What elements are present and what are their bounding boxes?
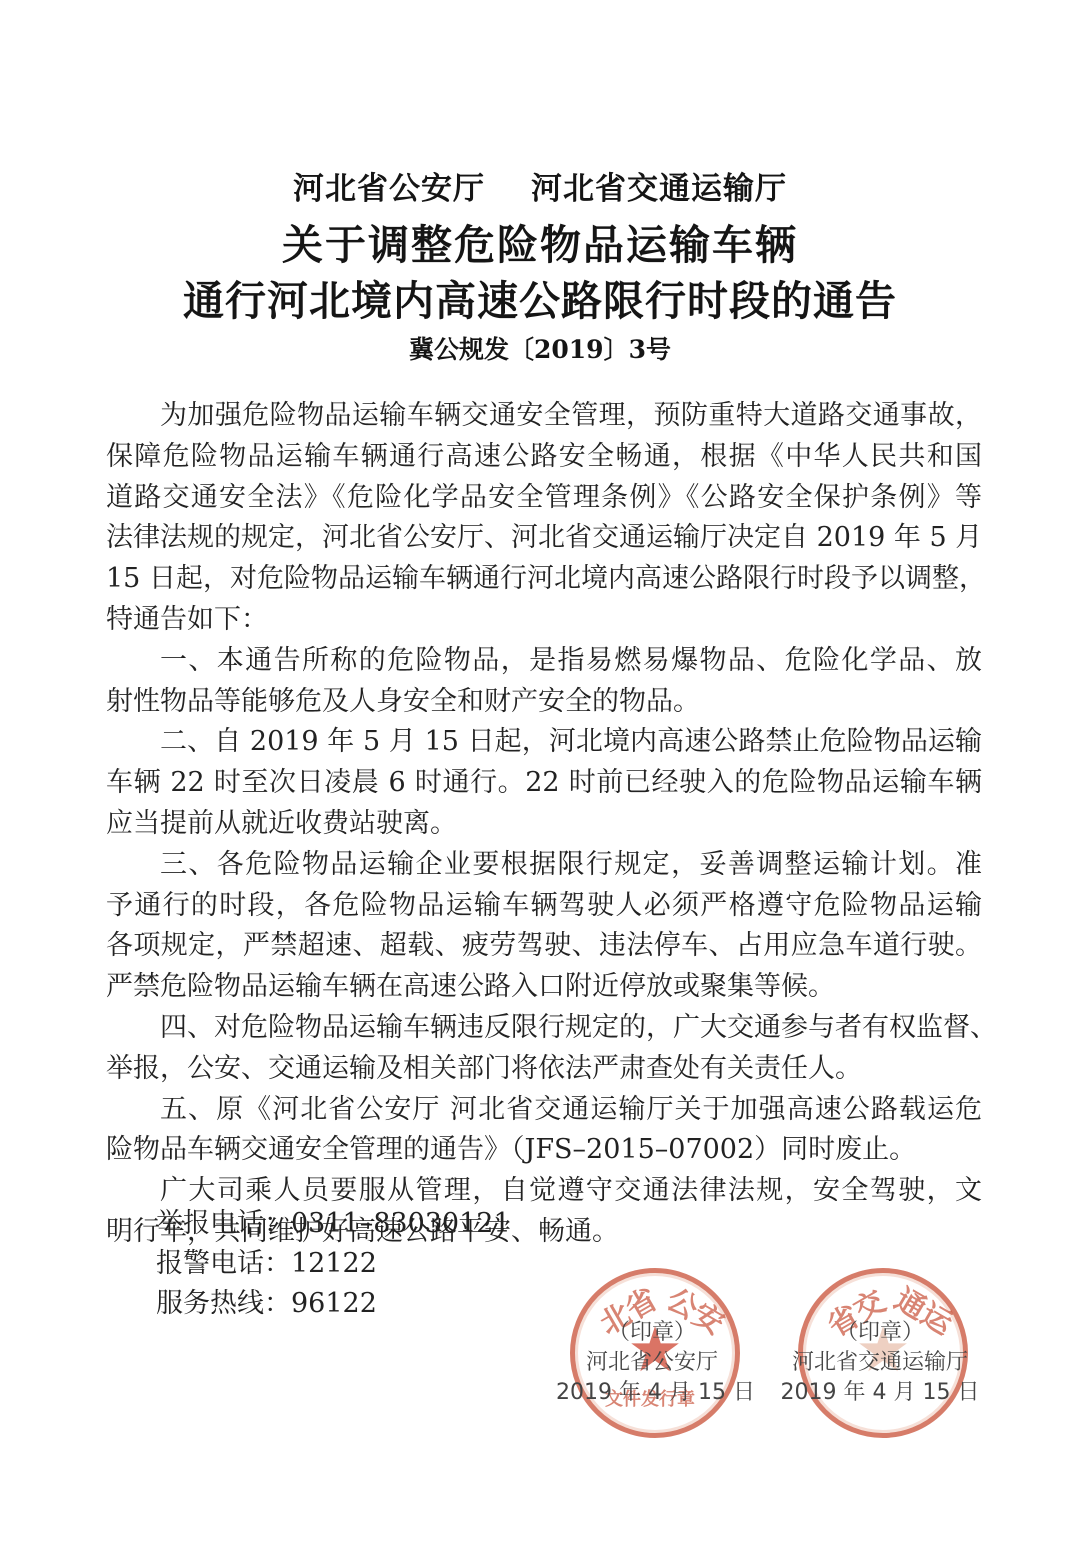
stamp-organization: 河北省公安厅: [556, 1348, 748, 1378]
text-line: 各项规定，严禁超速、超载、疲劳驾驶、违法停车、占用应急车道行驶。: [106, 926, 982, 967]
contact-value: 96122: [291, 1288, 377, 1319]
document-title-line-1: 关于调整危险物品运输车辆: [0, 212, 1080, 271]
stamp-placeholder: （印章）: [556, 1318, 748, 1348]
stamp-caption-public-security: （印章） 河北省公安厅 2019 年 4 月 15 日: [556, 1318, 748, 1408]
text-line: 法律法规的规定，河北省公安厅、河北省交通运输厅决定自 2019 年 5 月: [106, 518, 982, 559]
paragraph-item-4: 四、对危险物品运输车辆违反限行规定的，广大交通参与者有权监督、 举报，公安、交通…: [106, 1008, 982, 1090]
contact-value: 12122: [291, 1248, 377, 1279]
contact-report-phone: 举报电话：0311–83030121: [156, 1204, 511, 1244]
document-title-line-2: 通行河北境内高速公路限行时段的通告: [0, 268, 1080, 327]
paragraph-item-3: 三、各危险物品运输企业要根据限行规定，妥善调整运输计划。准 予通行的时段，各危险…: [106, 845, 982, 1008]
text-line: 四、对危险物品运输车辆违反限行规定的，广大交通参与者有权监督、: [106, 1008, 982, 1049]
text-line: 予通行的时段，各危险物品运输车辆驾驶人必须严格遵守危险物品运输: [106, 886, 982, 927]
text-line: 为加强危险物品运输车辆交通安全管理，预防重特大道路交通事故，: [106, 396, 982, 437]
paragraph-item-5: 五、原《河北省公安厅 河北省交通运输厅关于加强高速公路载运危 险物品车辆交通安全…: [106, 1090, 982, 1172]
paragraph-item-1: 一、本通告所称的危险物品，是指易燃易爆物品、危险化学品、放 射性物品等能够危及人…: [106, 641, 982, 723]
stamp-placeholder: （印章）: [780, 1318, 980, 1348]
contact-value: 0311–83030121: [291, 1208, 511, 1239]
text-line: 射性物品等能够危及人身安全和财产安全的物品。: [106, 682, 982, 723]
contact-service-hotline: 服务热线：96122: [156, 1284, 377, 1324]
text-line: 一、本通告所称的危险物品，是指易燃易爆物品、危险化学品、放: [106, 641, 982, 682]
text-line: 车辆 22 时至次日凌晨 6 时通行。22 时前已经驶入的危险物品运输车辆: [106, 763, 982, 804]
paragraph-intro: 为加强危险物品运输车辆交通安全管理，预防重特大道路交通事故， 保障危险物品运输车…: [106, 396, 982, 641]
paragraph-item-2: 二、自 2019 年 5 月 15 日起，河北境内高速公路禁止危险物品运输 车辆…: [106, 722, 982, 844]
text-line: 二、自 2019 年 5 月 15 日起，河北境内高速公路禁止危险物品运输: [106, 722, 982, 763]
text-line: 举报，公安、交通运输及相关部门将依法严肃查处有关责任人。: [106, 1049, 982, 1090]
issuer-public-security: 河北省公安厅: [293, 171, 485, 207]
text-line: 道路交通安全法》《危险化学品安全管理条例》《公路安全保护条例》等: [106, 478, 982, 519]
contact-label: 举报电话：: [156, 1208, 291, 1239]
text-line: 特通告如下：: [106, 600, 982, 641]
stamp-date: 2019 年 4 月 15 日: [556, 1378, 748, 1408]
text-line: 严禁危险物品运输车辆在高速公路入口附近停放或聚集等候。: [106, 967, 982, 1008]
contact-label: 服务热线：: [156, 1288, 291, 1319]
stamp-date: 2019 年 4 月 15 日: [780, 1378, 980, 1408]
stamp-caption-transport: （印章） 河北省交通运输厅 2019 年 4 月 15 日: [780, 1318, 980, 1408]
contact-police-phone: 报警电话：12122: [156, 1244, 377, 1284]
issuer-transport: 河北省交通运输厅: [531, 171, 787, 207]
text-line: 保障危险物品运输车辆通行高速公路安全畅通，根据《中华人民共和国: [106, 437, 982, 478]
document-body: 为加强危险物品运输车辆交通安全管理，预防重特大道路交通事故， 保障危险物品运输车…: [106, 396, 982, 1253]
text-line: 应当提前从就近收费站驶离。: [106, 804, 982, 845]
text-line: 三、各危险物品运输企业要根据限行规定，妥善调整运输计划。准: [106, 845, 982, 886]
text-line: 五、原《河北省公安厅 河北省交通运输厅关于加强高速公路载运危: [106, 1090, 982, 1131]
stamp-organization: 河北省交通运输厅: [780, 1348, 980, 1378]
document-number: 冀公规发〔2019〕3号: [0, 330, 1080, 366]
issuing-organizations: 河北省公安厅河北省交通运输厅: [0, 163, 1080, 208]
contact-label: 报警电话：: [156, 1248, 291, 1279]
text-line: 险物品车辆交通安全管理的通告》（JFS–2015–07002）同时废止。: [106, 1130, 982, 1171]
text-line: 15 日起，对危险物品运输车辆通行河北境内高速公路限行时段予以调整，: [106, 559, 982, 600]
